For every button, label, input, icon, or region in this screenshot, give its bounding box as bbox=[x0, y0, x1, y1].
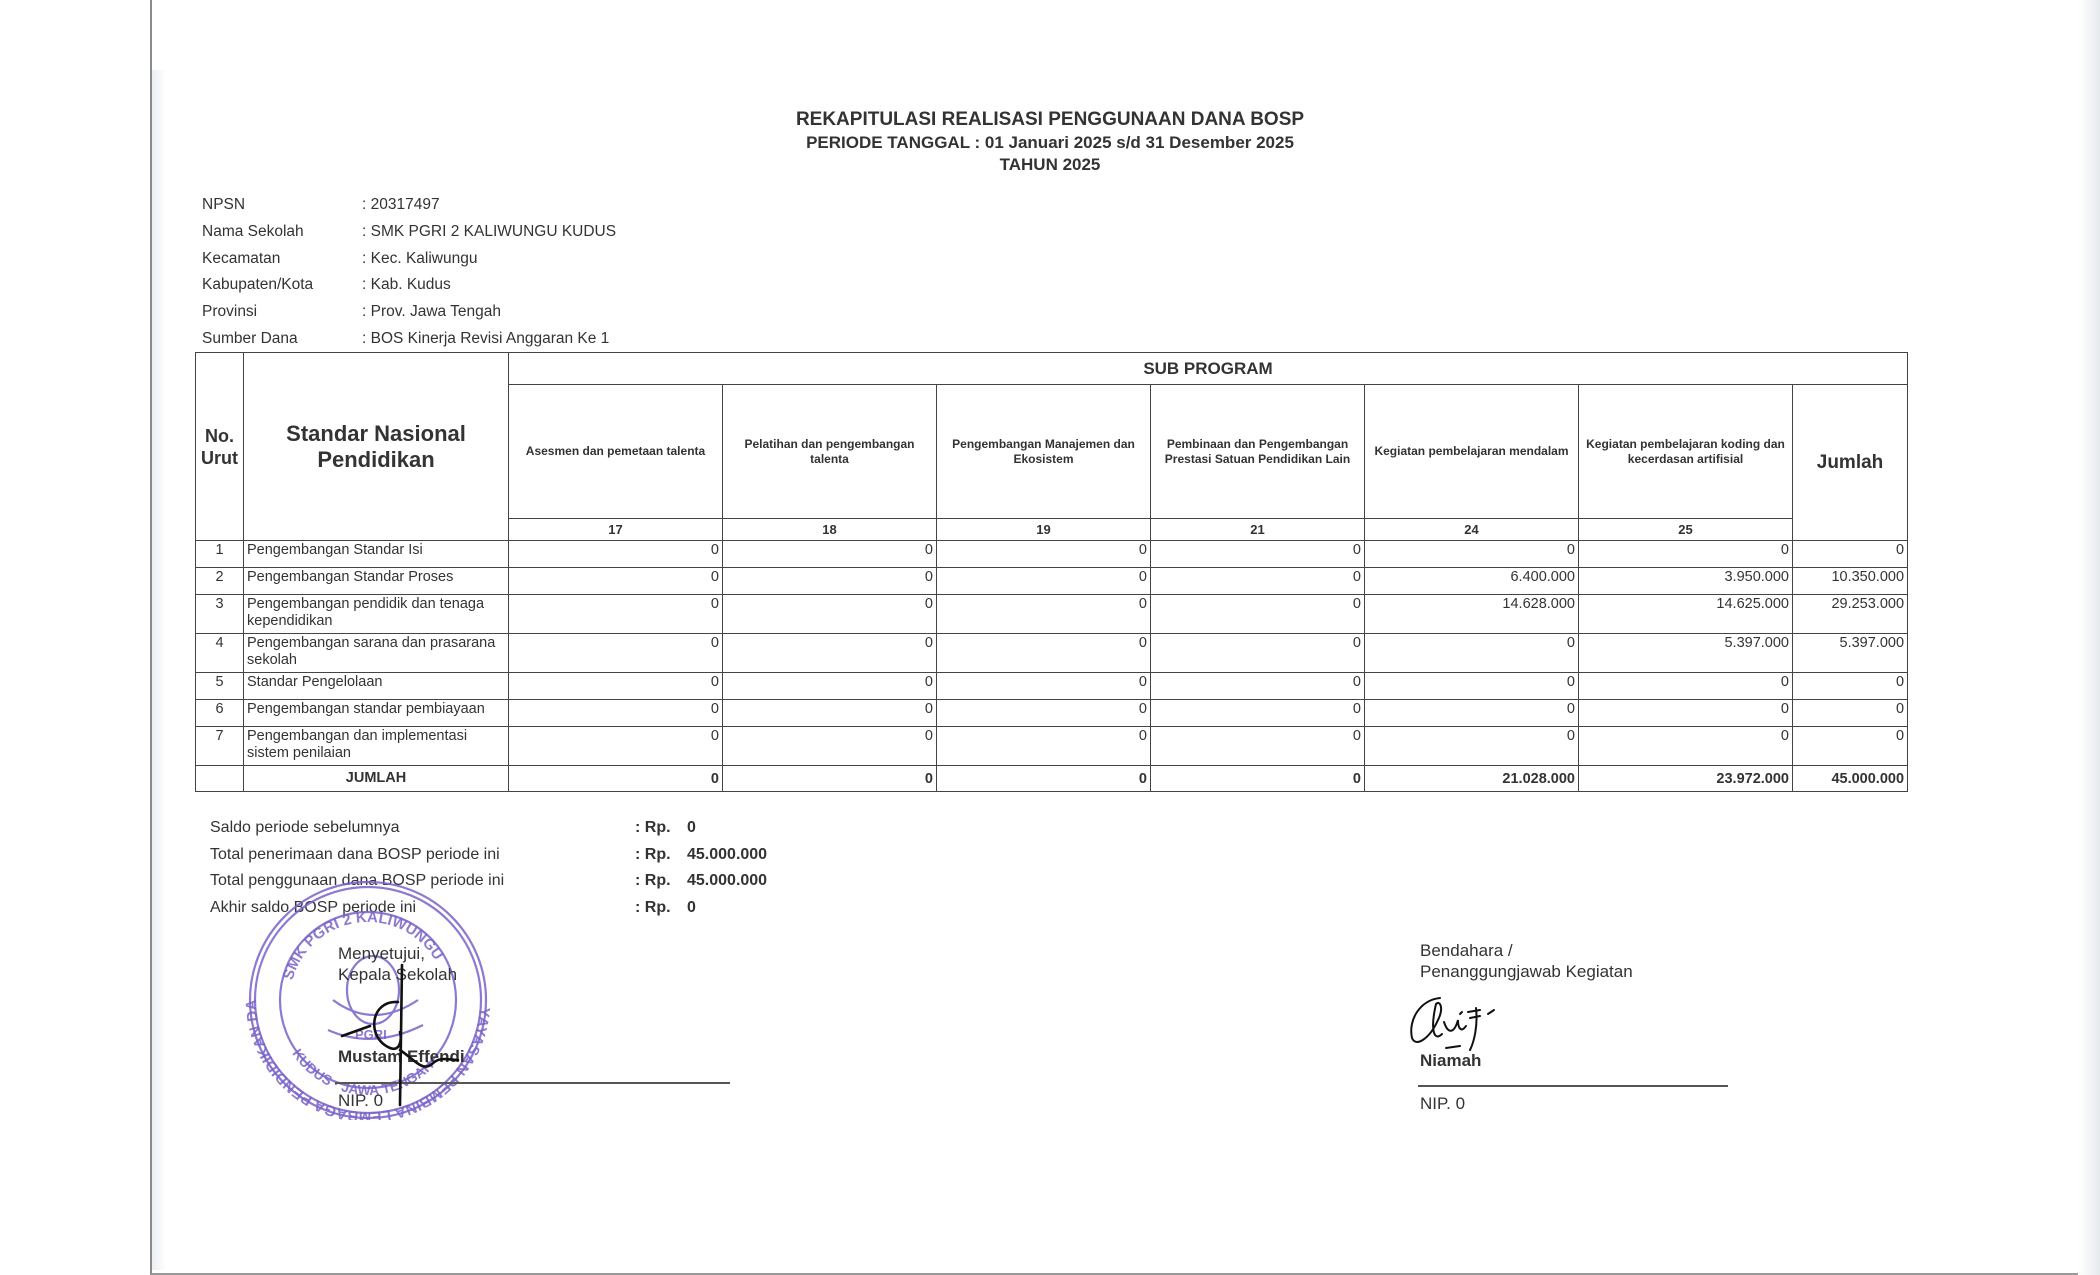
row-standar-name: Standar Pengelolaan bbox=[244, 673, 509, 700]
sig-right-underline bbox=[1418, 1085, 1728, 1087]
total-blank-cell bbox=[196, 766, 244, 792]
sig-right-line2: Penanggungjawab Kegiatan bbox=[1420, 961, 1633, 982]
header-code-19: 19 bbox=[937, 519, 1151, 541]
row-value: 0 bbox=[723, 595, 937, 634]
row-jumlah: 0 bbox=[1793, 700, 1908, 727]
row-value: 0 bbox=[509, 634, 723, 673]
header-no-line2: Urut bbox=[201, 448, 238, 468]
row-value: 0 bbox=[1151, 595, 1365, 634]
row-value: 0 bbox=[937, 541, 1151, 568]
row-value: 0 bbox=[1151, 634, 1365, 673]
header-standar-line2: Pendidikan bbox=[317, 447, 434, 472]
row-value: 0 bbox=[1365, 727, 1579, 766]
row-value: 0 bbox=[1579, 673, 1793, 700]
row-jumlah: 0 bbox=[1793, 727, 1908, 766]
sig-left-line1: Menyetujui, bbox=[338, 943, 457, 964]
info-row-kabupaten: Kabupaten/KotaKab. Kudus bbox=[202, 272, 616, 299]
info-value: Kec. Kaliwungu bbox=[362, 250, 477, 268]
header-standar-line1: Standar Nasional bbox=[286, 421, 466, 446]
row-value: 0 bbox=[509, 700, 723, 727]
table-row: 3Pengembangan pendidik dan tenaga kepend… bbox=[196, 595, 1908, 634]
summary-row: Total penerimaan dana BOSP periode ini: … bbox=[210, 842, 767, 869]
info-value: BOS Kinerja Revisi Anggaran Ke 1 bbox=[362, 330, 609, 348]
row-value: 5.397.000 bbox=[1579, 634, 1793, 673]
header-subprogram-21: Pembinaan dan Pengembangan Prestasi Satu… bbox=[1151, 385, 1365, 519]
row-value: 0 bbox=[1151, 673, 1365, 700]
row-value: 14.628.000 bbox=[1365, 595, 1579, 634]
row-value: 0 bbox=[509, 595, 723, 634]
row-standar-name: Pengembangan pendidik dan tenaga kependi… bbox=[244, 595, 509, 634]
signature-bendahara: Bendahara / Penanggungjawab Kegiatan Nia… bbox=[1420, 940, 1633, 982]
header-no-urut: No.Urut bbox=[196, 353, 244, 541]
row-value: 0 bbox=[1151, 568, 1365, 595]
info-label: Sumber Dana bbox=[202, 330, 362, 348]
row-value: 0 bbox=[509, 727, 723, 766]
header-subprogram-25: Kegiatan pembelajaran koding dan kecerda… bbox=[1579, 385, 1793, 519]
row-value: 0 bbox=[723, 568, 937, 595]
row-value: 6.400.000 bbox=[1365, 568, 1579, 595]
school-info: NPSN20317497 Nama SekolahSMK PGRI 2 KALI… bbox=[202, 192, 616, 352]
info-label: Nama Sekolah bbox=[202, 223, 362, 241]
row-value: 0 bbox=[723, 700, 937, 727]
total-value: 0 bbox=[1151, 766, 1365, 792]
summary-label: Total penerimaan dana BOSP periode ini bbox=[210, 846, 635, 864]
sig-left-name: Mustam Effendi bbox=[338, 1046, 465, 1067]
page-right-edge bbox=[2078, 0, 2100, 1275]
document-header: REKAPITULASI REALISASI PENGGUNAAN DANA B… bbox=[700, 108, 1400, 176]
header-code-18: 18 bbox=[723, 519, 937, 541]
row-jumlah: 10.350.000 bbox=[1793, 568, 1908, 595]
row-value: 0 bbox=[937, 634, 1151, 673]
summary-value: 45.000.000 bbox=[687, 872, 767, 890]
row-number: 1 bbox=[196, 541, 244, 568]
summary-currency: : Rp. bbox=[635, 846, 687, 864]
row-jumlah: 29.253.000 bbox=[1793, 595, 1908, 634]
header-code-21: 21 bbox=[1151, 519, 1365, 541]
row-value: 0 bbox=[723, 727, 937, 766]
row-value: 0 bbox=[937, 568, 1151, 595]
info-row-nama-sekolah: Nama SekolahSMK PGRI 2 KALIWUNGU KUDUS bbox=[202, 219, 616, 246]
header-sub-program: SUB PROGRAM bbox=[509, 353, 1908, 385]
sig-left-underline bbox=[335, 1082, 730, 1084]
total-value: 0 bbox=[723, 766, 937, 792]
info-label: NPSN bbox=[202, 196, 362, 214]
table-row: 7Pengembangan dan implementasi sistem pe… bbox=[196, 727, 1908, 766]
info-row-npsn: NPSN20317497 bbox=[202, 192, 616, 219]
row-value: 0 bbox=[1579, 541, 1793, 568]
sig-left-nip: NIP. 0 bbox=[338, 1090, 383, 1111]
row-value: 0 bbox=[937, 673, 1151, 700]
row-jumlah: 0 bbox=[1793, 541, 1908, 568]
row-number: 5 bbox=[196, 673, 244, 700]
document-year: TAHUN 2025 bbox=[700, 154, 1400, 176]
total-value: 21.028.000 bbox=[1365, 766, 1579, 792]
table-row: 1Pengembangan Standar Isi0000000 bbox=[196, 541, 1908, 568]
summary-label: Total penggunaan dana BOSP periode ini bbox=[210, 872, 635, 890]
total-label: JUMLAH bbox=[244, 766, 509, 792]
total-value: 23.972.000 bbox=[1579, 766, 1793, 792]
summary-value: 0 bbox=[687, 819, 696, 837]
summary-label: Saldo periode sebelumnya bbox=[210, 819, 635, 837]
info-label: Provinsi bbox=[202, 303, 362, 321]
page-left-shadow bbox=[152, 70, 166, 1270]
info-row-kecamatan: KecamatanKec. Kaliwungu bbox=[202, 245, 616, 272]
row-standar-name: Pengembangan sarana dan prasarana sekola… bbox=[244, 634, 509, 673]
row-value: 0 bbox=[937, 595, 1151, 634]
header-standar: Standar NasionalPendidikan bbox=[244, 353, 509, 541]
row-standar-name: Pengembangan standar pembiayaan bbox=[244, 700, 509, 727]
header-no-line1: No. bbox=[205, 426, 234, 446]
row-value: 0 bbox=[1579, 700, 1793, 727]
summary-currency: : Rp. bbox=[635, 872, 687, 890]
signature-kepala-sekolah: Menyetujui, Kepala Sekolah Mustam Effend… bbox=[338, 943, 457, 985]
header-code-25: 25 bbox=[1579, 519, 1793, 541]
row-value: 3.950.000 bbox=[1579, 568, 1793, 595]
table-row: 6Pengembangan standar pembiayaan0000000 bbox=[196, 700, 1908, 727]
summary-currency: : Rp. bbox=[635, 819, 687, 837]
row-standar-name: Pengembangan Standar Proses bbox=[244, 568, 509, 595]
row-jumlah: 5.397.000 bbox=[1793, 634, 1908, 673]
row-jumlah: 0 bbox=[1793, 673, 1908, 700]
total-value: 0 bbox=[509, 766, 723, 792]
row-value: 14.625.000 bbox=[1579, 595, 1793, 634]
info-label: Kecamatan bbox=[202, 250, 362, 268]
rekap-table: No.Urut Standar NasionalPendidikan SUB P… bbox=[195, 352, 1908, 792]
row-value: 0 bbox=[1151, 727, 1365, 766]
row-standar-name: Pengembangan dan implementasi sistem pen… bbox=[244, 727, 509, 766]
table-row: 2Pengembangan Standar Proses00006.400.00… bbox=[196, 568, 1908, 595]
row-value: 0 bbox=[1151, 700, 1365, 727]
total-value: 0 bbox=[937, 766, 1151, 792]
row-value: 0 bbox=[1579, 727, 1793, 766]
row-number: 2 bbox=[196, 568, 244, 595]
info-row-provinsi: ProvinsiProv. Jawa Tengah bbox=[202, 299, 616, 326]
row-value: 0 bbox=[723, 673, 937, 700]
header-subprogram-17: Asesmen dan pemetaan talenta bbox=[509, 385, 723, 519]
summary-row: Saldo periode sebelumnya: Rp.0 bbox=[210, 815, 767, 842]
header-subprogram-24: Kegiatan pembelajaran mendalam bbox=[1365, 385, 1579, 519]
summary-value: 45.000.000 bbox=[687, 846, 767, 864]
sig-left-line2: Kepala Sekolah bbox=[338, 964, 457, 985]
summary-row: Akhir saldo BOSP periode ini: Rp.0 bbox=[210, 895, 767, 922]
row-number: 3 bbox=[196, 595, 244, 634]
info-value: Prov. Jawa Tengah bbox=[362, 303, 501, 321]
total-jumlah: 45.000.000 bbox=[1793, 766, 1908, 792]
row-value: 0 bbox=[937, 700, 1151, 727]
info-row-sumber-dana: Sumber DanaBOS Kinerja Revisi Anggaran K… bbox=[202, 325, 616, 352]
row-value: 0 bbox=[1151, 541, 1365, 568]
row-value: 0 bbox=[937, 727, 1151, 766]
table-row: 5Standar Pengelolaan0000000 bbox=[196, 673, 1908, 700]
info-value: SMK PGRI 2 KALIWUNGU KUDUS bbox=[362, 223, 616, 241]
row-value: 0 bbox=[1365, 541, 1579, 568]
summary-label: Akhir saldo BOSP periode ini bbox=[210, 899, 635, 917]
sig-right-nip: NIP. 0 bbox=[1420, 1093, 1465, 1114]
header-subprogram-18: Pelatihan dan pengembangan talenta bbox=[723, 385, 937, 519]
document-title: REKAPITULASI REALISASI PENGGUNAAN DANA B… bbox=[700, 108, 1400, 132]
row-value: 0 bbox=[509, 541, 723, 568]
header-code-24: 24 bbox=[1365, 519, 1579, 541]
summary-value: 0 bbox=[687, 899, 696, 917]
header-subprogram-19: Pengembangan Manajemen dan Ekosistem bbox=[937, 385, 1151, 519]
row-value: 0 bbox=[723, 541, 937, 568]
info-label: Kabupaten/Kota bbox=[202, 276, 362, 294]
table-row: 4Pengembangan sarana dan prasarana sekol… bbox=[196, 634, 1908, 673]
header-code-17: 17 bbox=[509, 519, 723, 541]
summary-row: Total penggunaan dana BOSP periode ini: … bbox=[210, 868, 767, 895]
row-value: 0 bbox=[1365, 673, 1579, 700]
row-value: 0 bbox=[1365, 634, 1579, 673]
row-number: 7 bbox=[196, 727, 244, 766]
summary-block: Saldo periode sebelumnya: Rp.0Total pene… bbox=[210, 815, 767, 921]
summary-currency: : Rp. bbox=[635, 899, 687, 917]
row-value: 0 bbox=[723, 634, 937, 673]
info-value: 20317497 bbox=[362, 196, 440, 214]
info-value: Kab. Kudus bbox=[362, 276, 451, 294]
sig-right-name: Niamah bbox=[1420, 1050, 1481, 1071]
row-value: 0 bbox=[1365, 700, 1579, 727]
row-value: 0 bbox=[509, 568, 723, 595]
document-period: PERIODE TANGGAL : 01 Januari 2025 s/d 31… bbox=[700, 132, 1400, 154]
row-standar-name: Pengembangan Standar Isi bbox=[244, 541, 509, 568]
row-value: 0 bbox=[509, 673, 723, 700]
row-number: 4 bbox=[196, 634, 244, 673]
sig-right-line1: Bendahara / bbox=[1420, 940, 1633, 961]
row-number: 6 bbox=[196, 700, 244, 727]
table-total-row: JUMLAH000021.028.00023.972.00045.000.000 bbox=[196, 766, 1908, 792]
header-jumlah: Jumlah bbox=[1793, 385, 1908, 541]
